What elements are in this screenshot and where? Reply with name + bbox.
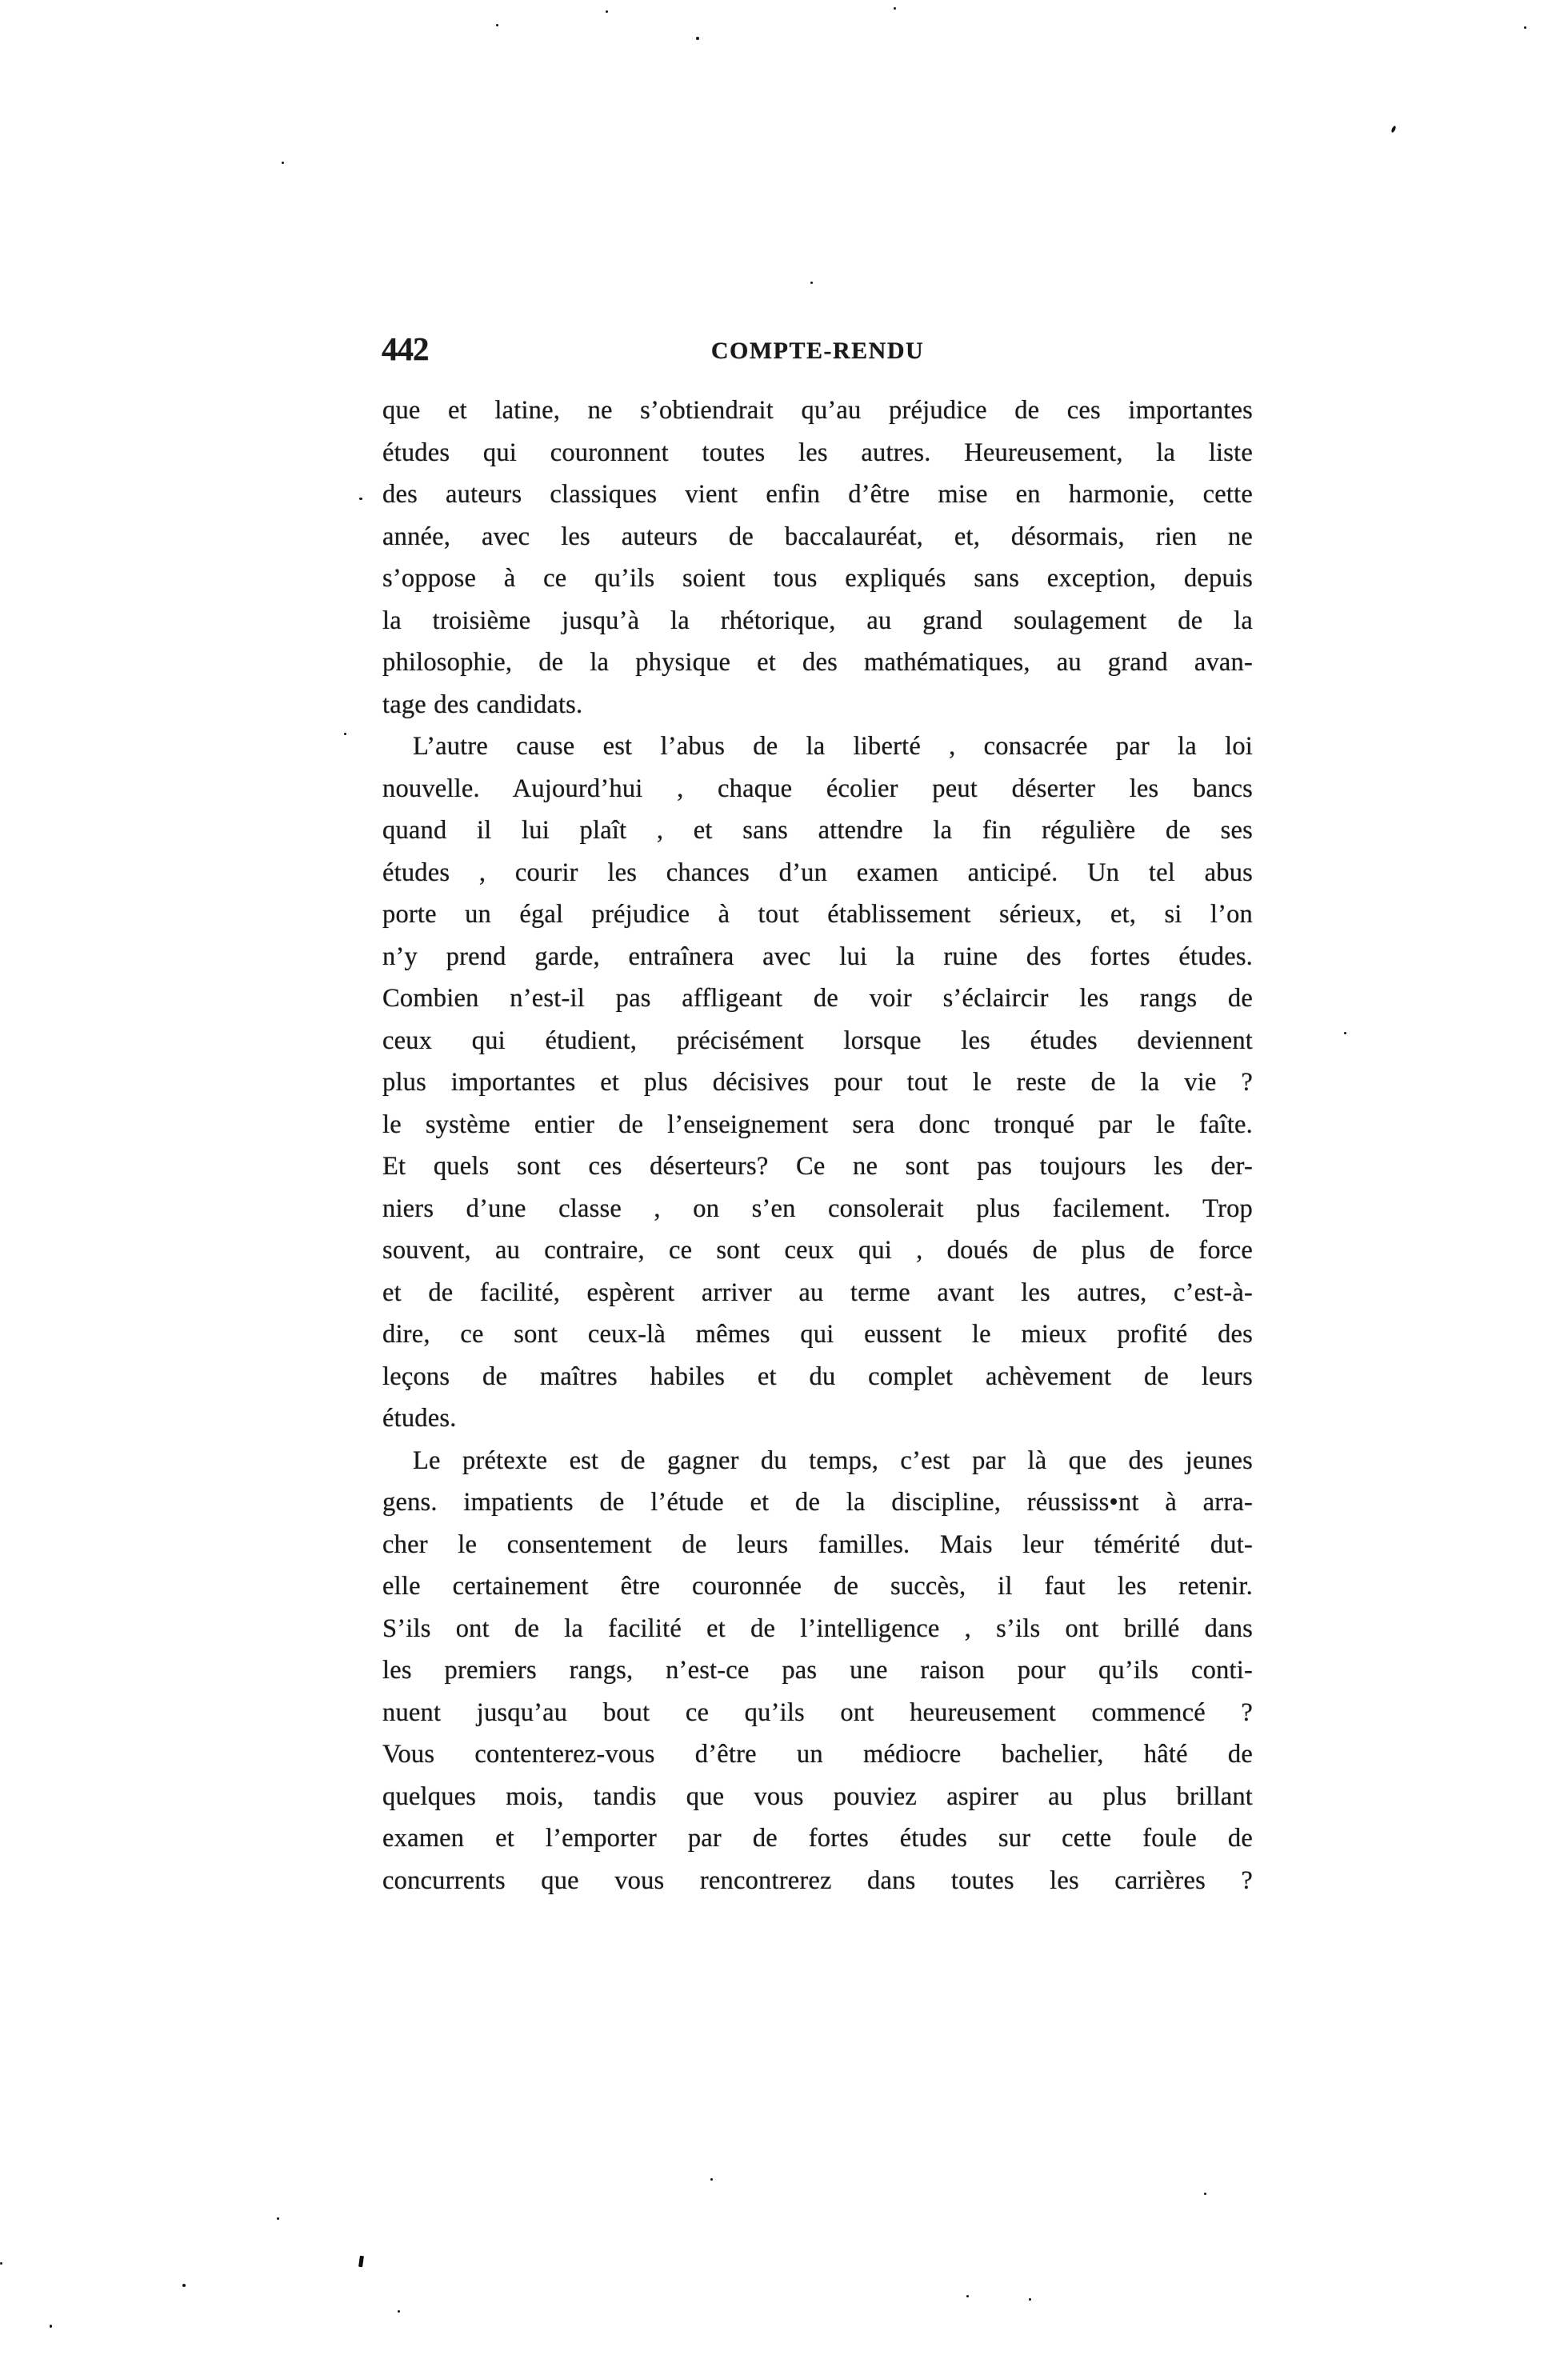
ink-speck (1204, 2193, 1206, 2195)
ink-speck (810, 282, 813, 284)
ink-speck (398, 2310, 400, 2313)
text-line: concurrents que vous rencontrerez dans t… (382, 1860, 1253, 1902)
text-line: le système entier de l’enseignement sera… (382, 1104, 1253, 1146)
book-page: 442 COMPTE-RENDU que et latine, ne s’obt… (0, 0, 1568, 2367)
text-line: nouvelle. Aujourd’hui , chaque écolier p… (382, 768, 1253, 810)
text-line: Le prétexte est de gagner du temps, c’es… (382, 1440, 1253, 1482)
text-line: examen et l’emporter par de fortes étude… (382, 1817, 1253, 1860)
text-line: elle certainement être couronnée de succ… (382, 1565, 1253, 1608)
text-line: la troisième jusqu’à la rhétorique, au g… (382, 600, 1253, 642)
text-line: que et latine, ne s’obtiendrait qu’au pr… (382, 390, 1253, 432)
text-line: Et quels sont ces déserteurs? Ce ne sont… (382, 1146, 1253, 1188)
ink-mark (358, 2256, 364, 2268)
text-line: Vous contenterez-vous d’être un médiocre… (382, 1733, 1253, 1776)
text-line: niers d’une classe , on s’en consolerait… (382, 1188, 1253, 1230)
text-line: ceux qui étudient, précisément lorsque l… (382, 1020, 1253, 1062)
text-line: des auteurs classiques vient enfin d’êtr… (382, 474, 1253, 516)
text-line: s’oppose à ce qu’ils soient tous expliqu… (382, 558, 1253, 600)
ink-speck (277, 2217, 279, 2220)
ink-speck (50, 2325, 52, 2328)
text-line: études. (382, 1397, 1253, 1440)
text-line: études , courir les chances d’un examen … (382, 852, 1253, 894)
ink-speck (182, 2284, 186, 2287)
ink-speck (282, 162, 284, 164)
text-line: philosophie, de la physique et des mathé… (382, 642, 1253, 684)
text-line: quelques mois, tandis que vous pouviez a… (382, 1776, 1253, 1818)
ink-speck (1344, 1032, 1346, 1034)
text-line: nuent jusqu’au bout ce qu’ils ont heureu… (382, 1692, 1253, 1734)
ink-speck (1524, 26, 1526, 29)
ink-speck (1390, 126, 1396, 134)
text-line: dire, ce sont ceux-là mêmes qui eussent … (382, 1313, 1253, 1356)
text-line: tage des candidats. (382, 684, 1253, 726)
text-line: n’y prend garde, entraînera avec lui la … (382, 936, 1253, 978)
ink-speck (1029, 2298, 1031, 2301)
text-line: Combien n’est-il pas affligeant de voir … (382, 978, 1253, 1020)
text-line: leçons de maîtres habiles et du complet … (382, 1356, 1253, 1398)
text-line: gens. impatients de l’étude et de la dis… (382, 1481, 1253, 1524)
body-text: que et latine, ne s’obtiendrait qu’au pr… (382, 390, 1253, 1901)
text-line: année, avec les auteurs de baccalauréat,… (382, 516, 1253, 558)
ink-speck (359, 498, 362, 500)
text-line: études qui couronnent toutes les autres.… (382, 432, 1253, 474)
ink-speck (344, 733, 346, 735)
ink-speck (496, 24, 498, 26)
ink-speck (966, 2295, 969, 2297)
text-line: quand il lui plaît , et sans attendre la… (382, 810, 1253, 852)
ink-speck (606, 10, 608, 13)
text-line: les premiers rangs, n’est-ce pas une rai… (382, 1649, 1253, 1692)
ink-speck (0, 2262, 2, 2265)
text-line: S’ils ont de la facilité et de l’intelli… (382, 1608, 1253, 1650)
ink-speck (710, 2178, 713, 2181)
running-title: COMPTE-RENDU (382, 338, 1253, 365)
text-line: L’autre cause est l’abus de la liberté ,… (382, 726, 1253, 768)
text-line: cher le consentement de leurs familles. … (382, 1524, 1253, 1566)
text-line: et de facilité, espèrent arriver au term… (382, 1272, 1253, 1314)
text-line: porte un égal préjudice à tout établisse… (382, 894, 1253, 936)
text-line: plus importantes et plus décisives pour … (382, 1062, 1253, 1104)
text-line: souvent, au contraire, ce sont ceux qui … (382, 1229, 1253, 1272)
ink-speck (894, 7, 896, 10)
ink-speck (696, 37, 699, 40)
